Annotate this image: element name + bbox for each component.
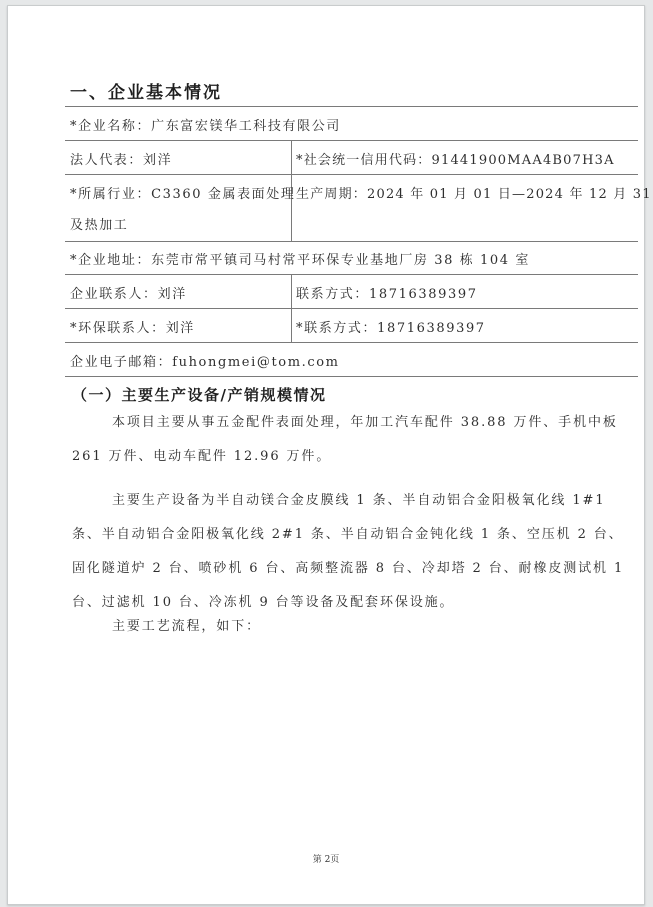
credit-code: *社会统一信用代码：91441900MAA4B07H3A	[296, 149, 615, 168]
section-title: 一、企业基本情况	[70, 78, 222, 103]
legal-representative: 法人代表：刘洋	[70, 149, 172, 168]
env-contact-phone: *联系方式：18716389397	[296, 317, 486, 336]
table-rule	[65, 274, 638, 275]
table-rule	[65, 376, 638, 377]
company-address: *企业地址：东莞市常平镇司马村常平环保专业基地厂房 38 栋 104 室	[70, 249, 530, 268]
paragraph-process-intro: 主要工艺流程，如下：	[72, 610, 632, 644]
company-email: 企业电子邮箱：fuhongmei@tom.com	[70, 351, 340, 370]
table-rule	[65, 342, 638, 343]
subsection-title: （一）主要生产设备/产销规模情况	[72, 384, 326, 405]
table-rule	[65, 174, 638, 175]
table-rule	[65, 106, 638, 107]
industry-line-2: 及热加工	[70, 214, 128, 233]
env-contact-person: *环保联系人：刘洋	[70, 317, 195, 336]
industry-line-1: *所属行业：C3360 金属表面处理	[70, 183, 295, 202]
contact-person: 企业联系人：刘洋	[70, 283, 187, 302]
production-period: 生产周期：2024 年 01 月 01 日—2024 年 12 月 31 日	[296, 183, 653, 202]
paragraph-equipment: 主要生产设备为半自动镁合金皮膜线 1 条、半自动铝合金阳极氧化线 1#1 条、半…	[72, 484, 632, 620]
page-number: 第 2页	[8, 852, 644, 865]
contact-phone: 联系方式：18716389397	[296, 283, 478, 302]
table-rule	[65, 241, 638, 242]
table-rule	[65, 308, 638, 309]
document-page: 一、企业基本情况 *企业名称：广东富宏镁华工科技有限公司 法人代表：刘洋 *社会…	[7, 5, 645, 905]
company-name: *企业名称：广东富宏镁华工科技有限公司	[70, 115, 341, 134]
paragraph-scope: 本项目主要从事五金配件表面处理，年加工汽车配件 38.88 万件、手机中板 26…	[72, 406, 632, 474]
table-rule	[65, 140, 638, 141]
column-divider	[291, 274, 292, 342]
